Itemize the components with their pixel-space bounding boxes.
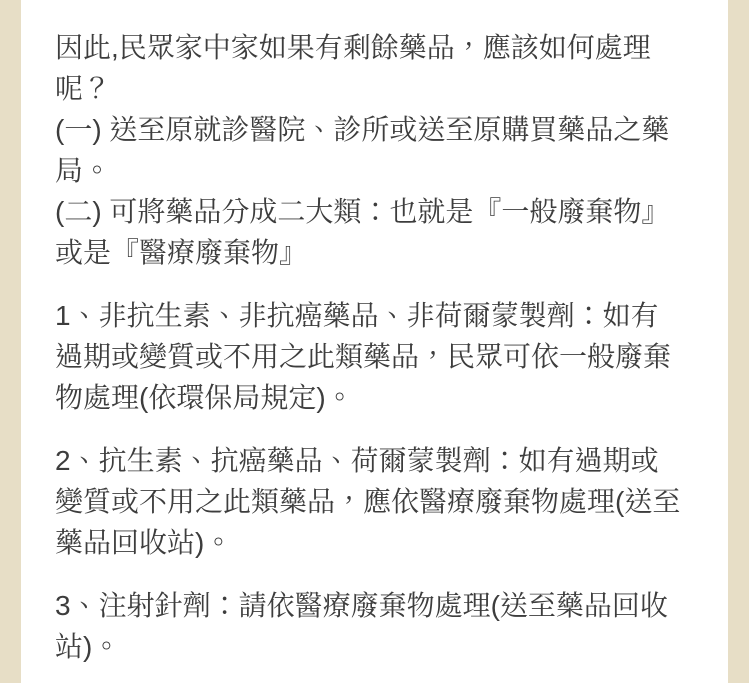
text-line: 因此,民眾家中家如果有剩餘藥品，應該如何處理 bbox=[55, 27, 718, 68]
text-line: 過期或變質或不用之此類藥品，民眾可依一般廢棄 bbox=[55, 336, 718, 377]
text-line: 站)。 bbox=[55, 626, 718, 667]
text-line: 變質或不用之此類藥品，應依醫療廢棄物處理(送至 bbox=[55, 481, 718, 522]
paragraph-intro: 因此,民眾家中家如果有剩餘藥品，應該如何處理 呢？ (一) 送至原就診醫院、診所… bbox=[55, 27, 718, 273]
text-line: 藥品回收站)。 bbox=[55, 522, 718, 563]
text-line: 或是『醫療廢棄物』 bbox=[55, 232, 718, 273]
text-line: (一) 送至原就診醫院、診所或送至原購買藥品之藥 bbox=[55, 109, 718, 150]
page-background-right-strip bbox=[728, 0, 749, 683]
text-line: 局。 bbox=[55, 150, 718, 191]
text-line: 3、注射針劑：請依醫療廢棄物處理(送至藥品回收 bbox=[55, 585, 718, 626]
paragraph-item-3: 3、注射針劑：請依醫療廢棄物處理(送至藥品回收 站)。 bbox=[55, 585, 718, 667]
text-line: (二) 可將藥品分成二大類：也就是『一般廢棄物』 bbox=[55, 191, 718, 232]
article-content: 因此,民眾家中家如果有剩餘藥品，應該如何處理 呢？ (一) 送至原就診醫院、診所… bbox=[21, 0, 728, 683]
page: 因此,民眾家中家如果有剩餘藥品，應該如何處理 呢？ (一) 送至原就診醫院、診所… bbox=[0, 0, 749, 683]
paragraph-item-1: 1、非抗生素、非抗癌藥品、非荷爾蒙製劑：如有 過期或變質或不用之此類藥品，民眾可… bbox=[55, 295, 718, 418]
text-line: 呢？ bbox=[55, 68, 718, 109]
page-background-left-strip bbox=[0, 0, 21, 683]
text-line: 物處理(依環保局規定)。 bbox=[55, 377, 718, 418]
text-line: 2、抗生素、抗癌藥品、荷爾蒙製劑：如有過期或 bbox=[55, 440, 718, 481]
paragraph-item-2: 2、抗生素、抗癌藥品、荷爾蒙製劑：如有過期或 變質或不用之此類藥品，應依醫療廢棄… bbox=[55, 440, 718, 563]
text-line: 1、非抗生素、非抗癌藥品、非荷爾蒙製劑：如有 bbox=[55, 295, 718, 336]
